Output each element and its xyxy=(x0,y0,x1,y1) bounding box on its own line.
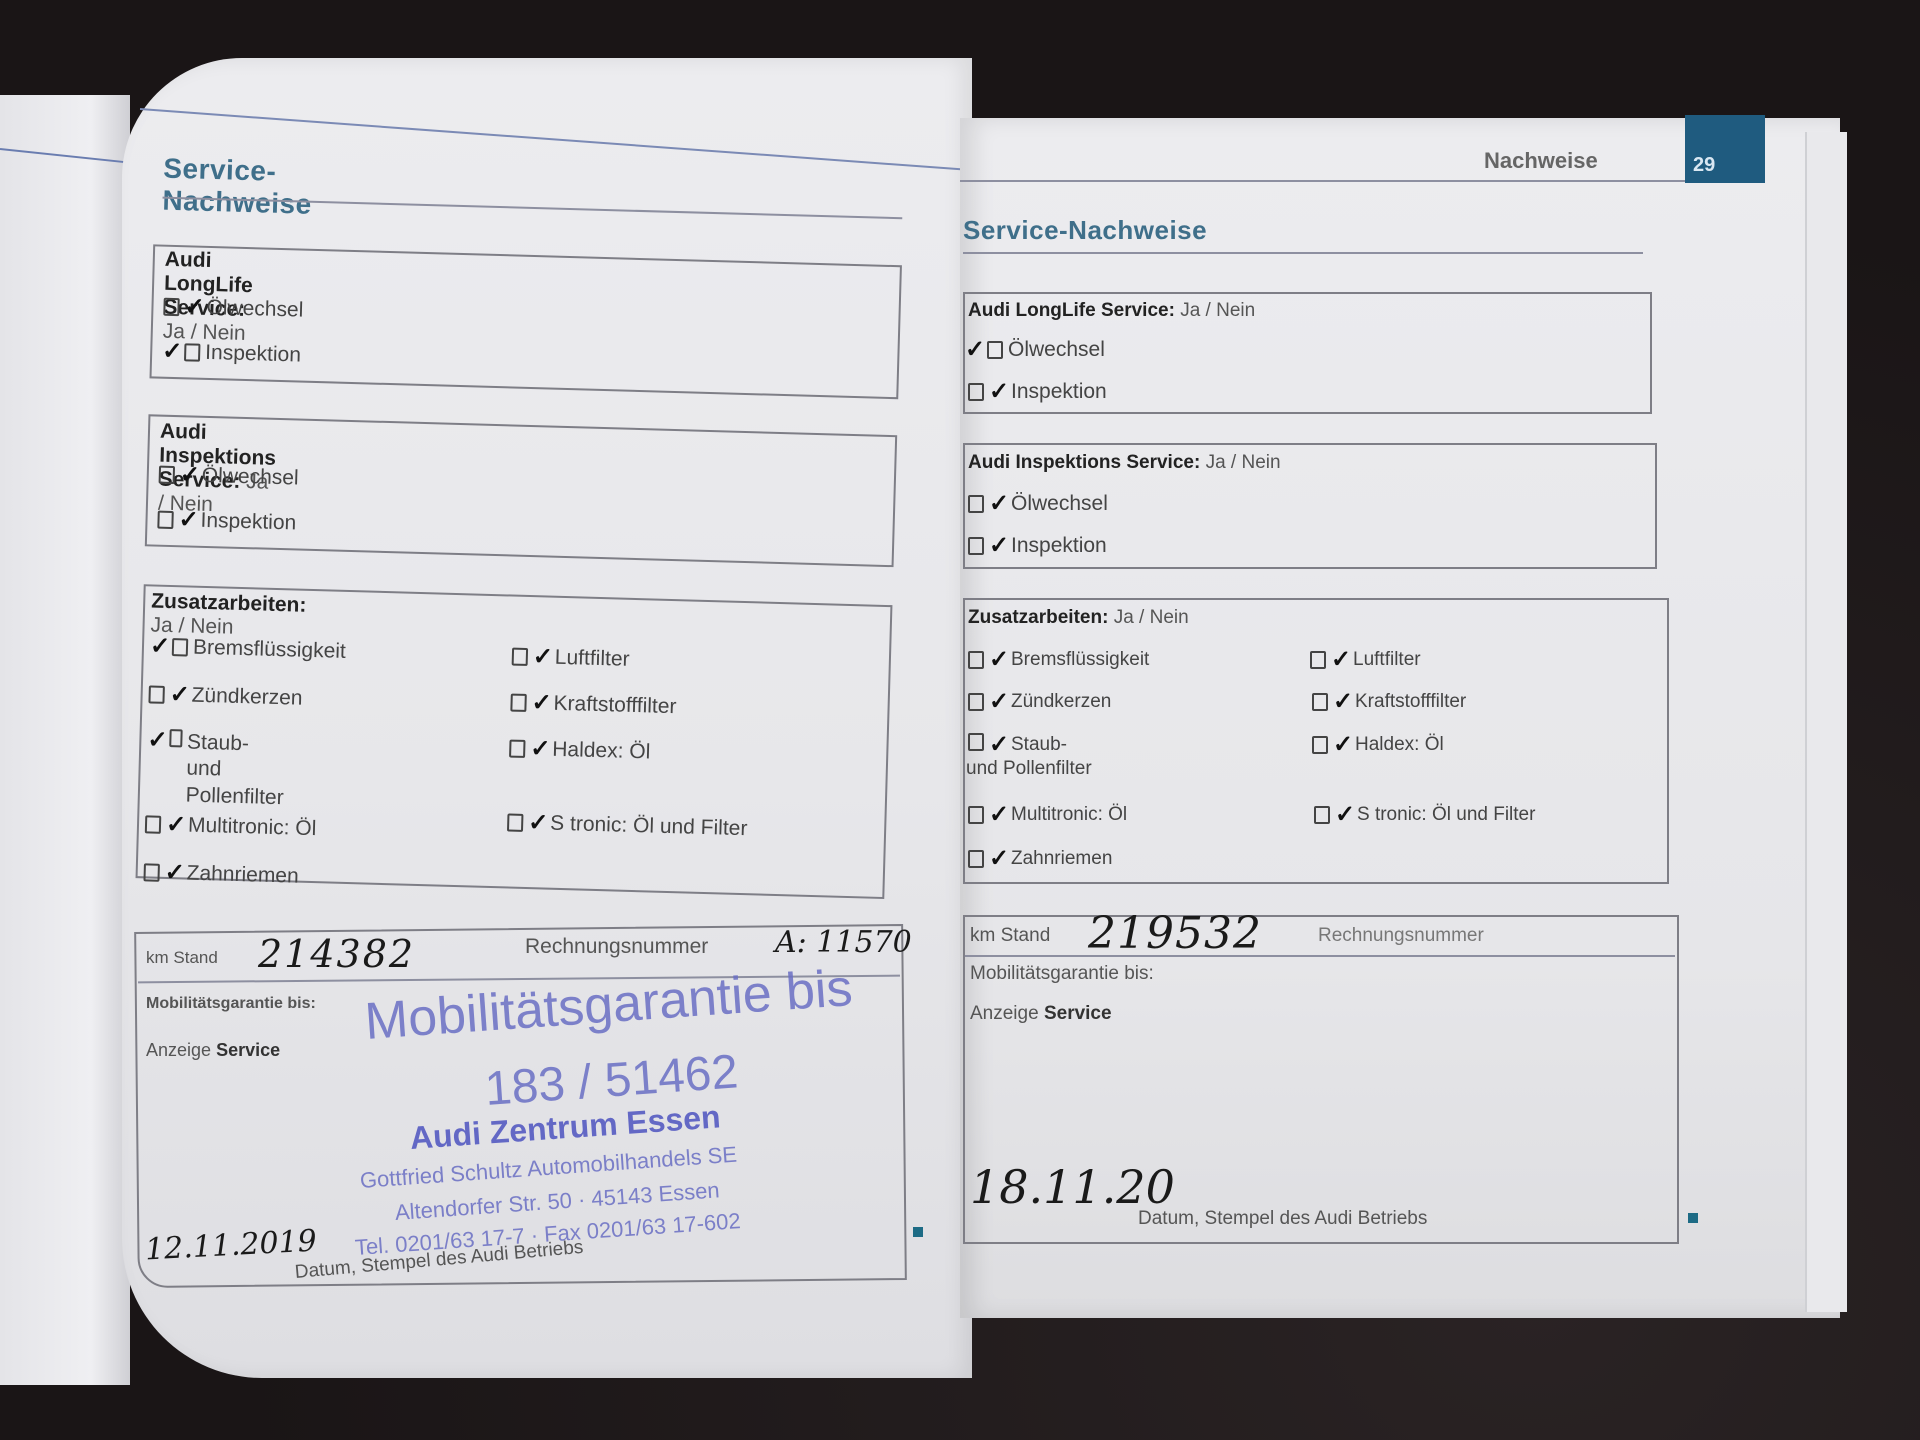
right-end-marker xyxy=(1688,1213,1698,1223)
right-km-label: km Stand xyxy=(970,925,1050,947)
left-invoice-label: Rechnungsnummer xyxy=(525,935,708,959)
checkbox[interactable] xyxy=(509,740,525,758)
left-inspektion-oelwechsel[interactable]: ✓Ölwechsel xyxy=(158,463,298,491)
right-longlife-inspektion[interactable]: ✓Inspektion xyxy=(968,380,1107,404)
checkbox[interactable] xyxy=(184,343,200,361)
left-longlife-inspektion[interactable]: ✓Inspektion xyxy=(162,340,301,368)
left-display-label: Anzeige Service xyxy=(146,1040,280,1061)
handwritten-check-icon: ✓ xyxy=(965,338,983,362)
right-longlife-title: Audi LongLife Service: Ja / Nein xyxy=(968,300,1255,322)
checkbox[interactable] xyxy=(143,863,159,881)
page-number-tab: 29 xyxy=(1685,115,1765,183)
right-page-title: Service-Nachweise xyxy=(963,215,1207,246)
right-zusatz-luftfilter[interactable]: ✓Luftfilter xyxy=(1310,648,1421,672)
checkbox[interactable] xyxy=(172,638,188,656)
right-date-value: 18.11.20 xyxy=(970,1160,1175,1214)
left-zusatz-title: Zusatzarbeiten: Ja / Nein xyxy=(150,589,306,641)
right-inspektion-oelwechsel[interactable]: ✓Ölwechsel xyxy=(968,492,1108,516)
right-longlife-oelwechsel[interactable]: ✓Ölwechsel xyxy=(965,338,1105,362)
right-date-label: Datum, Stempel des Audi Betriebs xyxy=(1138,1208,1427,1230)
checkbox[interactable] xyxy=(968,850,984,868)
handwritten-check-icon: ✓ xyxy=(989,534,1007,558)
left-km-label: km Stand xyxy=(146,948,218,968)
left-mobility-label: Mobilitätsgarantie bis: xyxy=(146,995,316,1013)
left-end-marker xyxy=(913,1227,923,1237)
handwritten-check-icon: ✓ xyxy=(164,861,183,885)
handwritten-check-icon: ✓ xyxy=(162,340,181,364)
checkbox[interactable] xyxy=(145,815,161,833)
checkbox[interactable] xyxy=(507,813,523,831)
checkbox[interactable] xyxy=(1310,651,1326,669)
right-display-label: Anzeige Service xyxy=(970,1003,1112,1025)
handwritten-check-icon: ✓ xyxy=(179,463,198,487)
checkbox[interactable] xyxy=(968,806,984,824)
checkbox[interactable] xyxy=(169,729,182,747)
right-zusatz-stronic[interactable]: ✓S tronic: Öl und Filter xyxy=(1314,803,1535,827)
handwritten-check-icon: ✓ xyxy=(989,648,1007,672)
checkbox[interactable] xyxy=(157,511,173,529)
right-km-value: 219532 xyxy=(1088,908,1262,959)
left-zusatz-zuendkerzen[interactable]: ✓Zündkerzen xyxy=(148,682,303,710)
left-zusatz-kraftstofffilter[interactable]: ✓Kraftstofffilter xyxy=(510,691,677,720)
handwritten-check-icon: ✓ xyxy=(1331,648,1349,672)
right-header-rule xyxy=(960,180,1685,182)
left-longlife-oelwechsel[interactable]: ✓Ölwechsel xyxy=(163,295,303,323)
checkbox[interactable] xyxy=(968,693,984,711)
right-zusatz-haldex[interactable]: ✓Haldex: Öl xyxy=(1312,733,1444,757)
checkbox[interactable] xyxy=(512,648,528,666)
handwritten-check-icon: ✓ xyxy=(150,634,169,658)
handwritten-check-icon: ✓ xyxy=(184,295,203,319)
left-zusatz-haldex[interactable]: ✓Haldex: Öl xyxy=(509,737,651,765)
right-zusatz-zahnriemen[interactable]: ✓Zahnriemen xyxy=(968,847,1112,871)
handwritten-check-icon: ✓ xyxy=(169,683,188,707)
handwritten-check-icon: ✓ xyxy=(178,508,197,532)
checkbox[interactable] xyxy=(148,685,164,703)
left-km-value: 214382 xyxy=(258,932,415,976)
checkbox[interactable] xyxy=(968,651,984,669)
checkbox[interactable] xyxy=(159,466,175,484)
handwritten-check-icon: ✓ xyxy=(1333,690,1351,714)
left-zusatz-multitronic[interactable]: ✓Multitronic: Öl xyxy=(145,812,317,841)
handwritten-check-icon: ✓ xyxy=(530,737,549,761)
handwritten-check-icon: ✓ xyxy=(989,380,1007,404)
handwritten-check-icon: ✓ xyxy=(166,813,185,837)
left-zusatz-luftfilter[interactable]: ✓Luftfilter xyxy=(512,645,630,672)
right-page-edge xyxy=(1805,132,1847,1312)
right-mobility-label: Mobilitätsgarantie bis: xyxy=(970,963,1154,985)
right-inspektion-title: Audi Inspektions Service: Ja / Nein xyxy=(968,452,1281,474)
handwritten-check-icon: ✓ xyxy=(989,803,1007,827)
left-page-title: Service-Nachweise xyxy=(162,153,313,221)
handwritten-check-icon: ✓ xyxy=(147,728,166,752)
checkbox[interactable] xyxy=(968,495,984,513)
right-zusatz-multitronic[interactable]: ✓Multitronic: Öl xyxy=(968,803,1127,827)
handwritten-check-icon: ✓ xyxy=(528,811,547,835)
checkbox[interactable] xyxy=(968,537,984,555)
handwritten-check-icon: ✓ xyxy=(989,733,1007,757)
checkbox[interactable] xyxy=(1312,693,1328,711)
right-invoice-label: Rechnungsnummer xyxy=(1318,925,1484,947)
checkbox[interactable] xyxy=(1312,736,1328,754)
handwritten-check-icon: ✓ xyxy=(1333,733,1351,757)
handwritten-check-icon: ✓ xyxy=(533,645,552,669)
checkbox[interactable] xyxy=(1314,806,1330,824)
right-zusatz-staub-pollenfilter[interactable]: ✓Staub-und Pollenfilter xyxy=(968,733,1100,781)
right-zusatz-zuendkerzen[interactable]: ✓Zündkerzen xyxy=(968,690,1111,714)
left-longlife-box xyxy=(149,244,901,399)
checkbox[interactable] xyxy=(968,383,984,401)
left-invoice-value: A: 11570 xyxy=(775,925,912,960)
checkbox[interactable] xyxy=(968,733,984,751)
right-title-rule xyxy=(963,252,1643,254)
right-inspektion-inspektion[interactable]: ✓Inspektion xyxy=(968,534,1107,558)
left-zusatz-staub-pollenfilter[interactable]: ✓Staub-und Pollenfilter xyxy=(146,728,289,811)
page-number: 29 xyxy=(1693,154,1715,177)
checkbox[interactable] xyxy=(987,341,1003,359)
previous-page-edge xyxy=(0,95,130,1385)
left-inspektion-inspektion[interactable]: ✓Inspektion xyxy=(157,508,296,536)
right-zusatz-title: Zusatzarbeiten: Ja / Nein xyxy=(968,607,1189,629)
handwritten-check-icon: ✓ xyxy=(1335,803,1353,827)
right-zusatz-bremsfluessigkeit[interactable]: ✓Bremsflüssigkeit xyxy=(968,648,1149,672)
handwritten-check-icon: ✓ xyxy=(989,690,1007,714)
checkbox[interactable] xyxy=(163,298,179,316)
handwritten-check-icon: ✓ xyxy=(989,847,1007,871)
section-nav-label: Nachweise xyxy=(1484,148,1598,174)
checkbox[interactable] xyxy=(510,694,526,712)
right-record-divider xyxy=(965,955,1675,957)
left-zusatz-zahnriemen[interactable]: ✓Zahnriemen xyxy=(143,860,299,888)
right-zusatz-kraftstofffilter[interactable]: ✓Kraftstofffilter xyxy=(1312,690,1466,714)
handwritten-check-icon: ✓ xyxy=(989,492,1007,516)
handwritten-check-icon: ✓ xyxy=(531,691,550,715)
